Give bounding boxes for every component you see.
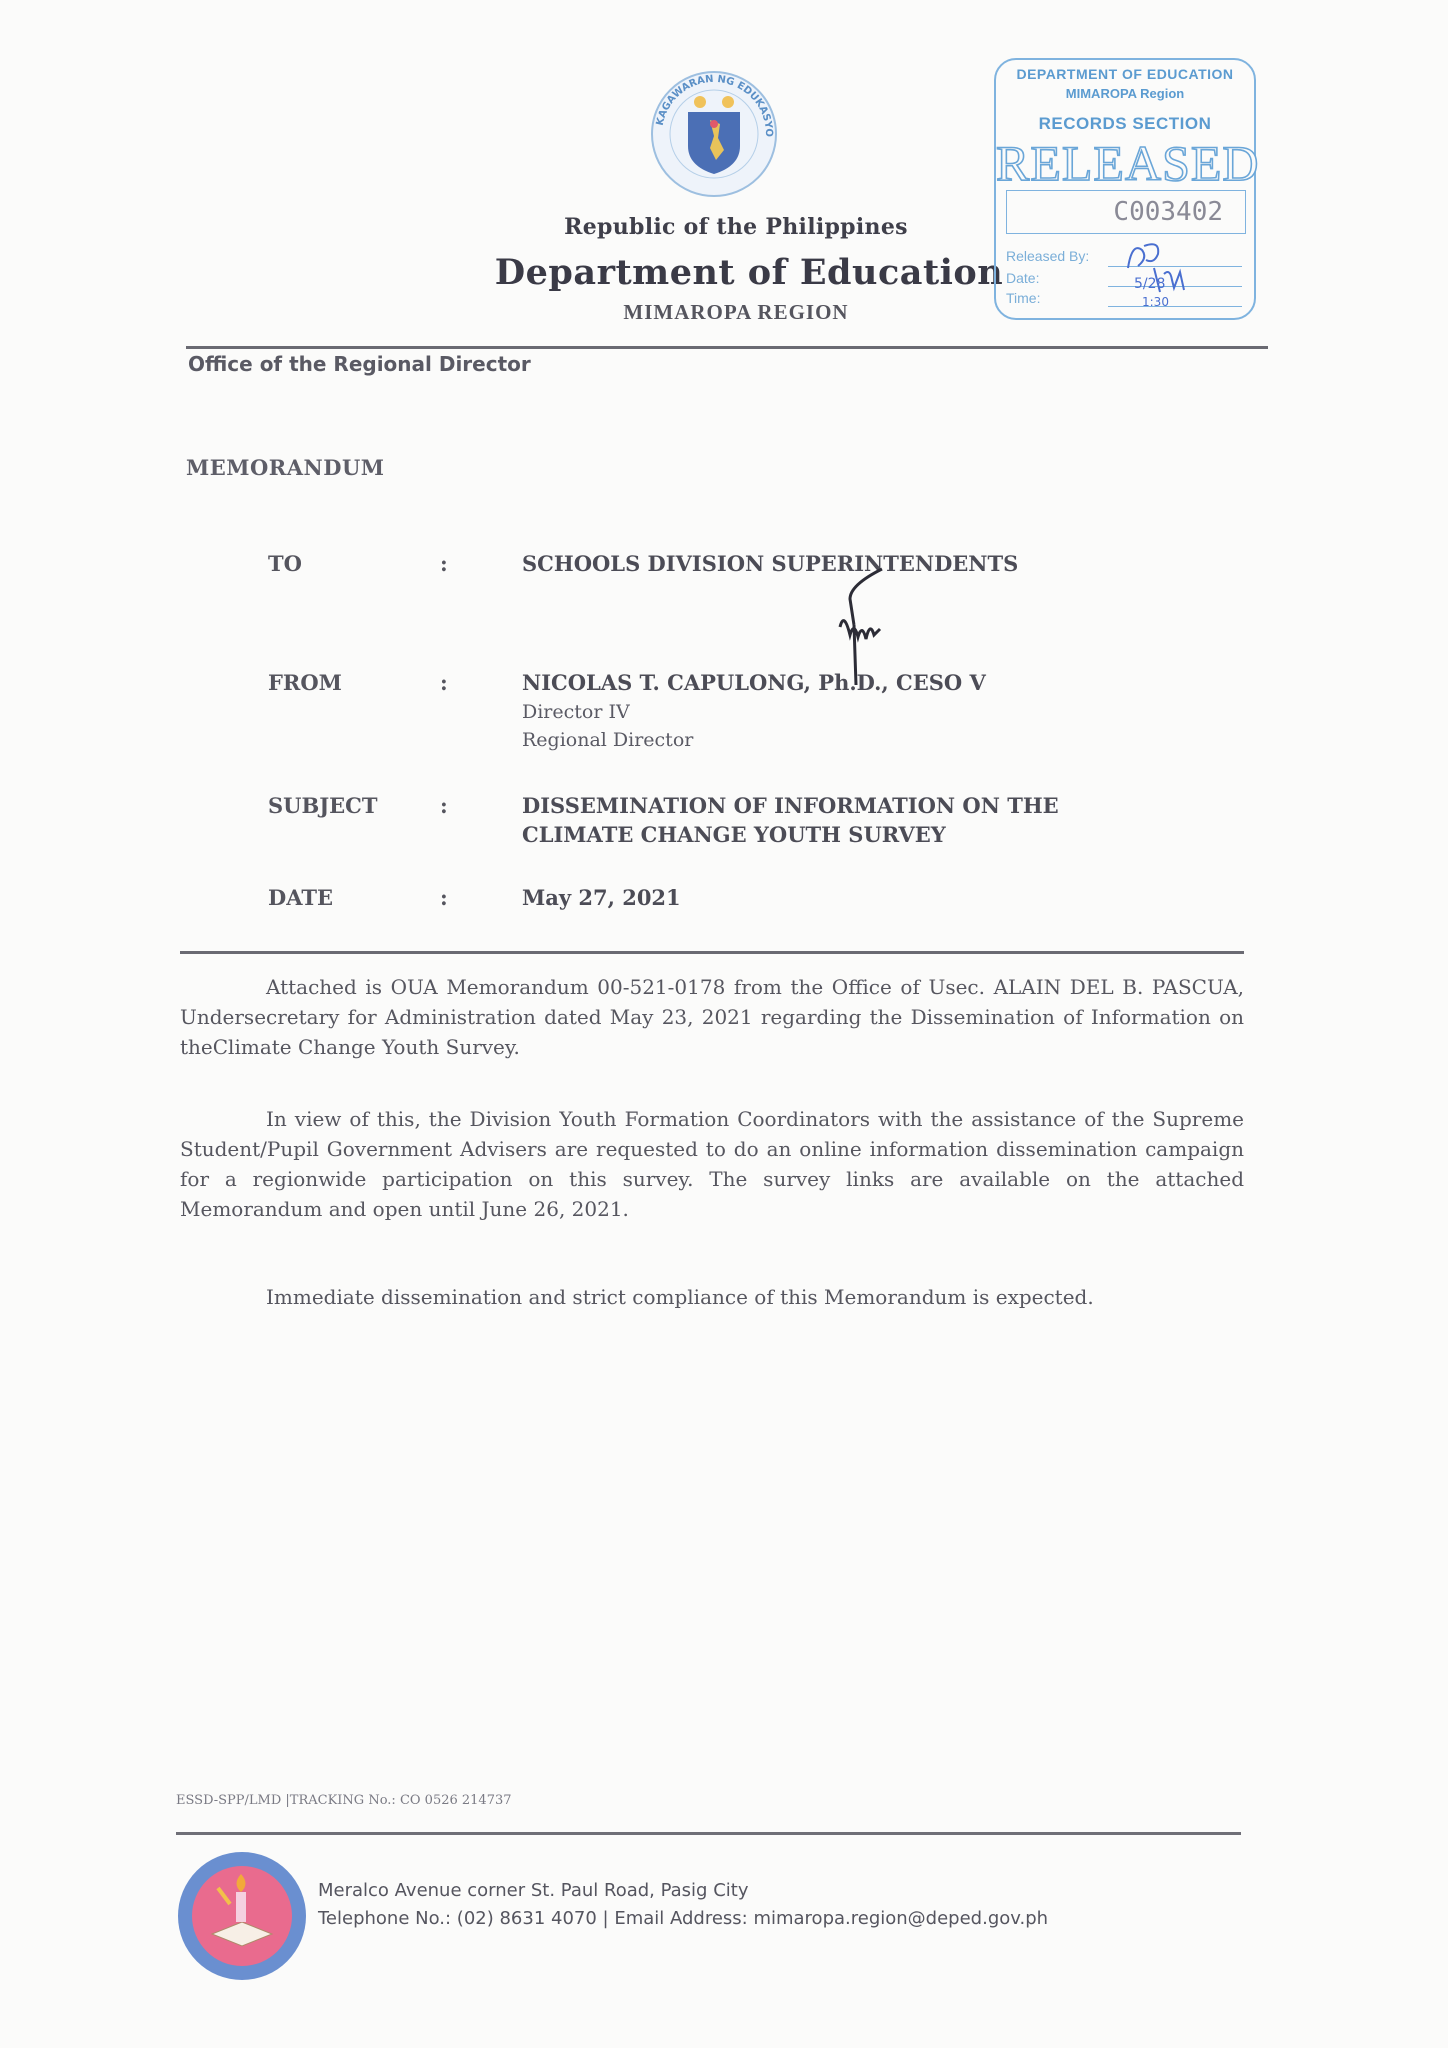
stamp-released-by-label: Released By: [1006,248,1089,264]
to-colon: : [440,551,448,576]
stamp-department: DEPARTMENT OF EDUCATION [996,66,1254,82]
header-divider [186,346,1268,349]
footer-address: Meralco Avenue corner St. Paul Road, Pas… [318,1880,749,1901]
body-paragraph-3: Immediate dissemination and strict compl… [180,1282,1244,1312]
subject-colon: : [440,793,448,818]
to-value: SCHOOLS DIVISION SUPERINTENDENTS [522,549,1018,579]
tracking-number: ESSD-SPP/LMD |TRACKING No.: CO 0526 2147… [176,1793,512,1808]
date-colon: : [440,885,448,910]
stamp-status: RELEASED [996,134,1254,192]
subject-line-1: DISSEMINATION OF INFORMATION ON THE [522,791,1059,821]
stamp-number: C003402 [1006,190,1246,234]
from-title-regional-director: Regional Director [522,725,693,755]
date-label: DATE [268,885,333,910]
body-paragraph-2: In view of this, the Division Youth Form… [180,1104,1244,1224]
deped-seal-icon: KAGAWARAN NG EDUKASYON [648,68,780,200]
subject-line-2: CLIMATE CHANGE YOUTH SURVEY [522,820,946,850]
subject-label: SUBJECT [268,793,378,818]
handwritten-signature-icon: 5/28 1:30 [1108,238,1238,308]
from-value: NICOLAS T. CAPULONG, Ph.D., CESO V [522,668,986,698]
svg-text:1:30: 1:30 [1142,295,1169,308]
to-label: TO [268,551,302,576]
office-name: Office of the Regional Director [188,352,531,376]
records-released-stamp: DEPARTMENT OF EDUCATION MIMAROPA Region … [994,58,1256,320]
deped-mimaropa-seal-icon [174,1848,310,1984]
footer-divider [176,1832,1241,1835]
fields-divider [180,951,1244,954]
footer-contact: Telephone No.: (02) 8631 4070 | Email Ad… [318,1908,1048,1929]
from-label: FROM [268,670,342,695]
stamp-time-label: Time: [1006,290,1040,306]
from-colon: : [440,670,448,695]
date-value: May 27, 2021 [522,883,681,913]
stamp-section: RECORDS SECTION [996,114,1254,134]
stamp-region: MIMAROPA Region [996,86,1254,101]
from-title-director: Director IV [522,697,630,727]
memorandum-title: MEMORANDUM [186,455,385,480]
body-paragraph-1: Attached is OUA Memorandum 00-521-0178 f… [180,972,1244,1062]
svg-text:5/28: 5/28 [1134,276,1165,292]
stamp-date-label: Date: [1006,270,1039,286]
